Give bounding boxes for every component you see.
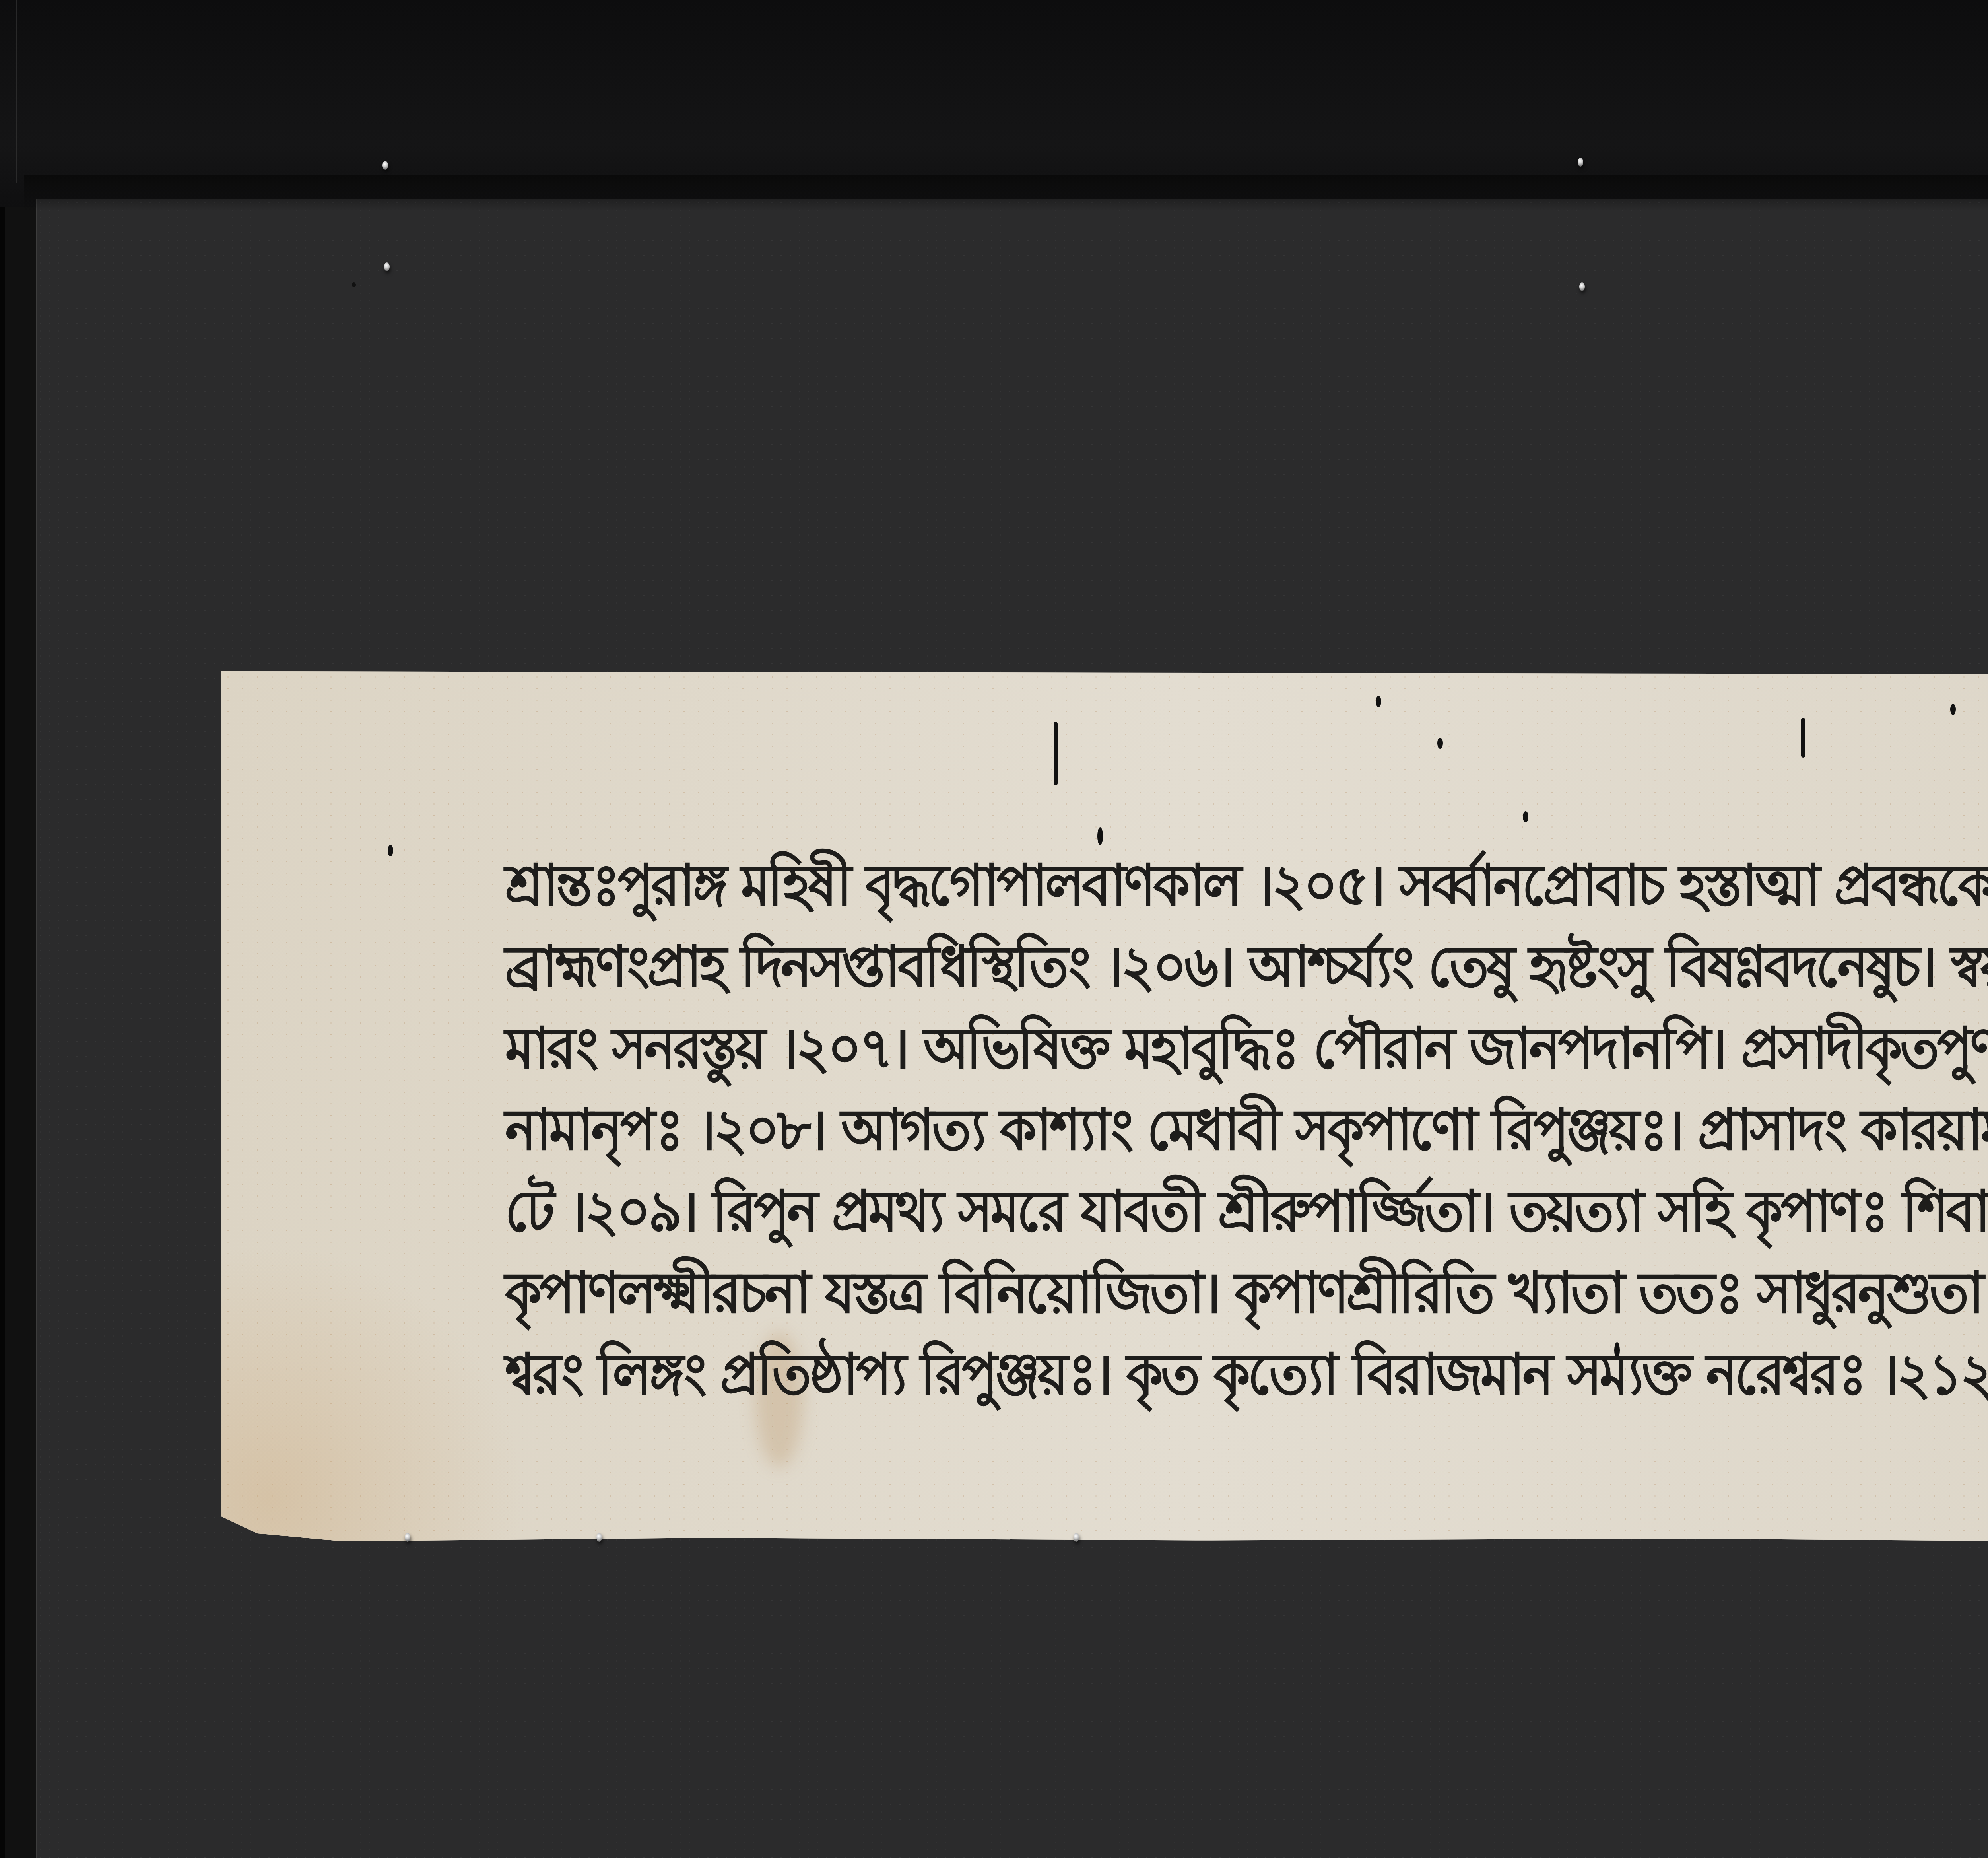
text-line-3: মারং সনরস্তুয় ।২০৭। অভিষিক্ত মহাবুদ্ধিঃ… (505, 1012, 1988, 1100)
text-line-2: ব্রাহ্মণংপ্রাহ দিনসপ্তাবধিস্থিতিং ।২০৬। … (505, 931, 1988, 1018)
text-line-1: শ্রান্তঃপুরাঙ্গ মহিষী বৃদ্ধগোপালবাণকাল ।… (505, 849, 1988, 937)
ink-mark (1801, 718, 1805, 758)
ink-dot (1437, 738, 1443, 749)
pin-icon (384, 262, 390, 271)
text-line-7: শ্বরং লিঙ্গং প্রতিষ্ঠাপ্য রিপুঞ্জয়ঃ। কৃ… (505, 1338, 1988, 1426)
pin-icon (596, 1533, 602, 1542)
ink-dot (1950, 704, 1956, 715)
pin-icon (405, 1533, 410, 1542)
mount-board-edge (36, 199, 37, 1858)
board-crease-line (16, 0, 17, 183)
pin-icon (1579, 282, 1585, 291)
ink-dot (1376, 696, 1381, 707)
pin-hole (352, 282, 356, 287)
board-shadow (24, 175, 1988, 211)
text-line-4: নামানৃপঃ ।২০৮। আগত্য কাশ্যাং মেধাবী সকৃপ… (505, 1094, 1988, 1182)
text-line-6: কৃপাণলক্ষ্মীরচনা যস্তত্র বিনিয়োজিতা। কৃ… (505, 1257, 1988, 1345)
text-line-5: টে ।২০৯। রিপুন প্রমথ্য সমরে যাবতী শ্রীরু… (505, 1175, 1988, 1263)
pin-icon (1578, 158, 1583, 167)
pin-icon (1074, 1533, 1079, 1542)
manuscript-text: শ্রান্তঃপুরাঙ্গ মহিষী বৃদ্ধগোপালবাণকাল ।… (505, 849, 1988, 1420)
ink-dot (1097, 827, 1103, 845)
ink-dot (388, 845, 393, 856)
ink-dot (1523, 811, 1528, 822)
ink-mark (1054, 722, 1058, 785)
left-edge-strip (0, 0, 5, 1858)
pin-icon (382, 161, 388, 170)
